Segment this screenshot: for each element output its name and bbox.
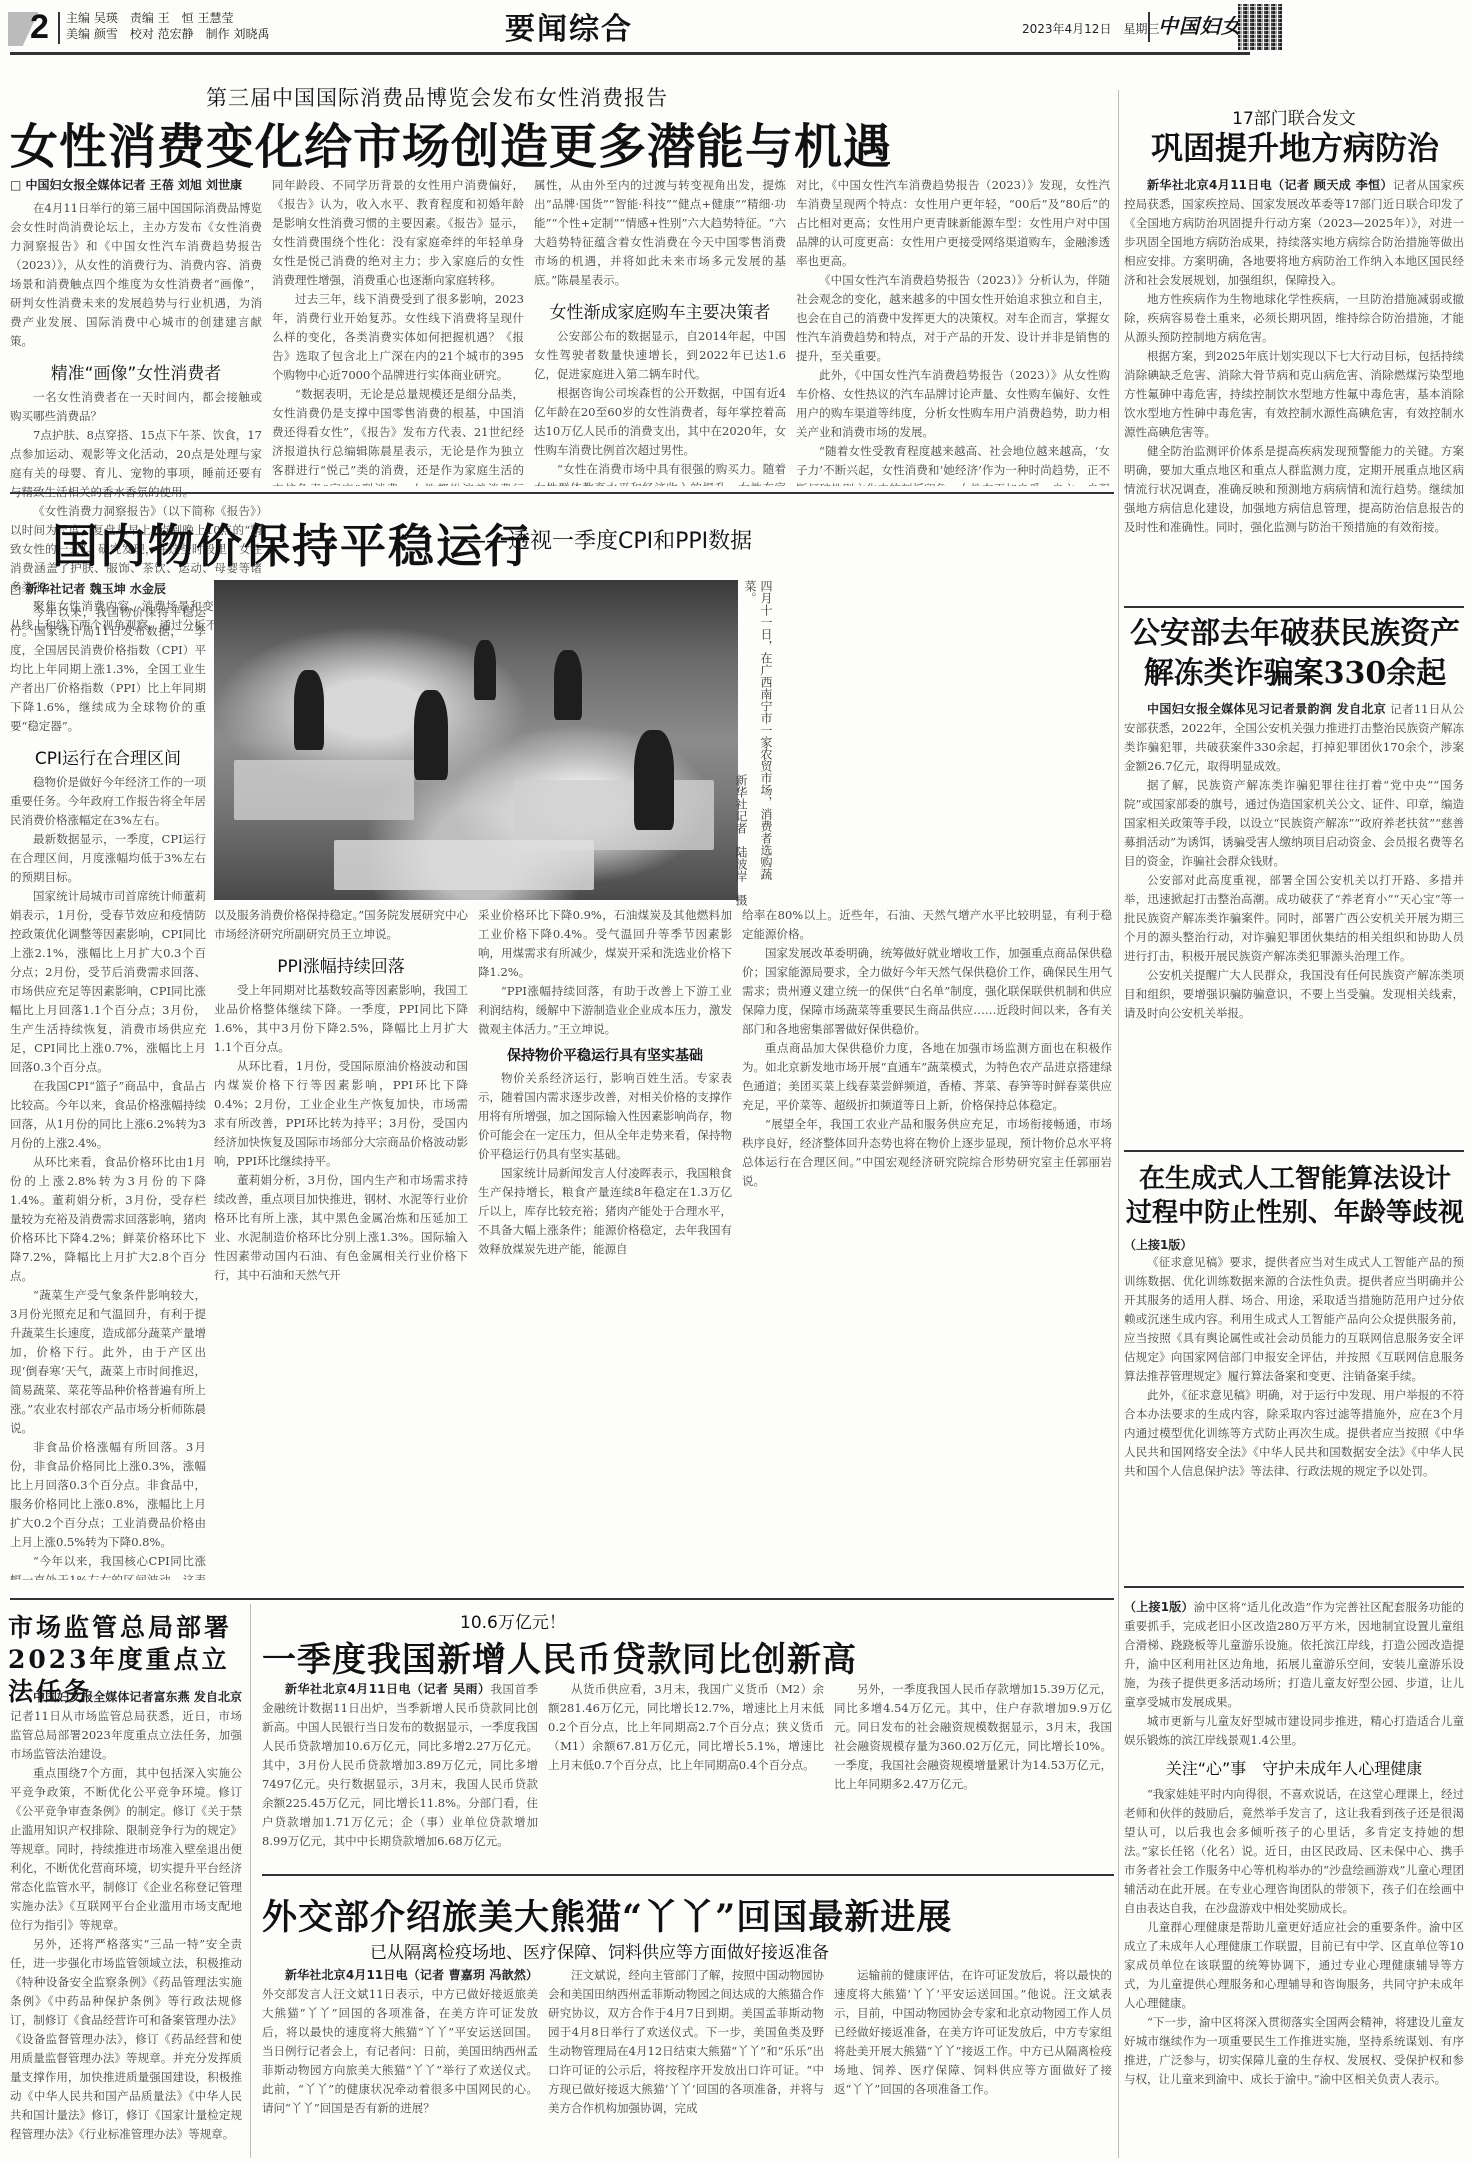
article-body: 中国妇女报全媒体见习记者景韵润 发自北京 记者11日从公安部获悉，2022年，全… (1124, 700, 1464, 1140)
section-divider (10, 492, 1114, 494)
paragraph: 物价关系经济运行，影响百姓生活。专家表示，随着国内需求逐步改善，对相关价格的支撑… (478, 1069, 732, 1164)
article-column: 另外，一季度我国人民币存款增加15.39万亿元，同比多增4.54万亿元。其中，住… (834, 1680, 1112, 1860)
paragraph: “展望全年，我国工农业产品和服务供应充足，市场衔接畅通，市场秩序良好，经济整体回… (742, 1115, 1112, 1191)
masthead: 2 主编 吴瑛 责编 王 恒 王慧莹 美编 颜雪 校对 范宏静 制作 刘晓禹 要… (0, 0, 1472, 56)
paragraph: 最新数据显示，一季度，CPI运行在合理区间，月度涨幅均低于3%左右的预期目标。 (10, 830, 206, 887)
paragraph: 从货币供应看，3月末，我国广义货币（M2）余额281.46万亿元，同比增长12.… (548, 1680, 824, 1775)
paragraph: 健全防治监测评价体系是提高疾病发现预警能力的关键。方案明确，要加大重点地区和重点… (1124, 442, 1464, 537)
headline-line-2: 解冻类诈骗案330余起 (1120, 654, 1470, 694)
paragraph: “今年以来，我国核心CPI同比涨幅一直处于1%左右的区间波动，这表明我国工业消费… (10, 1552, 206, 1580)
page-number: 2 (30, 8, 49, 47)
paragraph: 根据咨询公司埃森哲的公开数据，中国有近4亿年龄在20至60岁的女性消费者，每年掌… (534, 384, 786, 460)
paragraph: “下一步，渝中区将深入贯彻落实全国两会精神，将建设儿童友好城市继续作为一项重要民… (1124, 2013, 1464, 2089)
market-photo[interactable] (214, 580, 738, 900)
headline-line-1: 市场监管总局部署 (8, 1612, 238, 1644)
paragraph: 采业价格环比下降0.9%，石油煤炭及其他燃料加工业价格下降0.4%。受气温回升等… (478, 906, 732, 982)
paragraph: “我家娃娃平时内向得很，不喜欢说话，在这堂心理课上，经过老师和伙伴的鼓励后，竟然… (1124, 1785, 1464, 1918)
masthead-rule (10, 52, 1250, 55)
paragraph: 非食品价格涨幅有所回落。3月份，非食品价格同比上涨0.3%，涨幅比上月回落0.3… (10, 1438, 206, 1552)
paragraph: “女性在消费市场中具有很强的购买力。随着女性群体教育水平和经济收入的提升，女性在… (534, 460, 786, 486)
paragraph: 渝中区将“适儿化改造”作为完善社区配套服务功能的重要抓手，完成老旧小区改造280… (1124, 1600, 1464, 1709)
photo-credit: 新华社记者 陆波岸 摄 (730, 774, 750, 914)
paragraph: 公安部公布的数据显示，自2014年起，中国女性驾驶者数量快速增长，到2022年已… (534, 327, 786, 384)
paragraph: 此外，《中国女性汽车消费趋势报告（2023）》从女性购车价格、女性热议的汽车品牌… (796, 366, 1110, 442)
paragraph: 记者11日从市场监管总局获悉，近日，市场监管总局部署2023年度重点立法任务，加… (10, 1709, 242, 1761)
paragraph: 在我国CPI“篮子”商品中，食品占比较高。今年以来，食品价格涨幅持续回落，从1月… (10, 1077, 206, 1153)
paragraph: 《中国女性汽车消费趋势报告（2023）》分析认为，伴随社会观念的变化，越来越多的… (796, 271, 1110, 366)
paragraph: 一名女性消费者在一天时间内，都会接触或购买哪些消费品？ (10, 388, 262, 426)
article-headline[interactable]: 在生成式人工智能算法设计 过程中防止性别、年龄等歧视 (1120, 1162, 1470, 1230)
article-column: 同年龄段、不同学历背景的女性用户消费偏好，《报告》认为，收入水平、教育程度和初婚… (272, 176, 524, 486)
section-subhead: CPI运行在合理区间 (10, 744, 206, 769)
article-subtitle: ——透视一季度CPI和PPI数据 (464, 524, 752, 555)
article-column: 属性，从由外至内的过渡与转变视角出发，提炼出“品牌·国货”“智能·科技”“健点+… (534, 176, 786, 486)
article-body: （上接1版）渝中区将“适儿化改造”作为完善社区配套服务功能的重要抓手，完成老旧小… (1124, 1598, 1464, 2158)
article-body: 中国妇女报全媒体记者富东燕 发自北京 记者11日从市场监管总局获悉，近日，市场监… (10, 1688, 242, 2158)
article-column: 从货币供应看，3月末，我国广义货币（M2）余额281.46万亿元，同比增长12.… (548, 1680, 824, 1860)
paragraph: 以及服务消费价格保持稳定。”国务院发展研究中心市场经济研究所副研究员王立坤说。 (214, 906, 468, 944)
paragraph: 董莉娟分析，3月份，国内生产和市场需求持续改善，重点项目加快推进，钢材、水泥等行… (214, 1171, 468, 1285)
section-subhead: 保持物价平稳运行具有坚实基础 (478, 1045, 732, 1065)
article-headline[interactable]: 巩固提升地方病防治 (1120, 128, 1470, 168)
dateline: 中国妇女报全媒体见习记者景韵润 发自北京 (1147, 702, 1386, 716)
issue-date: 2023年4月12日 星期三 (1022, 20, 1159, 37)
section-divider (1124, 1586, 1464, 1588)
article-column: 对比，《中国女性汽车消费趋势报告（2023）》发现，女性汽车消费呈现两个特点：女… (796, 176, 1110, 486)
article-kicker: 17部门联合发文 (1124, 104, 1464, 129)
divider (1148, 12, 1150, 42)
paragraph: 公安部对此高度重视，部署全国公安机关以打开路、多措并举，迅速掀起打击整治高潮。成… (1124, 871, 1464, 966)
dateline: 新华社北京4月11日电（记者 吴雨） (285, 1682, 491, 1696)
section-title: 要闻综合 (505, 4, 633, 48)
section-subhead: PPI涨幅持续回落 (214, 952, 468, 977)
headline-line-1: 在生成式人工智能算法设计 (1120, 1162, 1470, 1196)
article-column: 新华社北京4月11日电（记者 曹嘉玥 冯歆然）外交部发言人汪文斌11日表示，中方… (262, 1966, 538, 2158)
paragraph: 国家统计局城市司首席统计师董莉娟表示，1月份，受春节效应和疫情防控政策优化调整等… (10, 887, 206, 1077)
article-headline[interactable]: 公安部去年破获民族资产 解冻类诈骗案330余起 (1120, 614, 1470, 694)
paragraph: 《征求意见稿》要求，提供者应当对生成式人工智能产品的预训练数据、优化训练数据来源… (1124, 1253, 1464, 1386)
staff-line-1: 主编 吴瑛 责编 王 恒 王慧莹 (66, 10, 269, 26)
paragraph: 外交部发言人汪文斌11日表示，中方已做好接返旅美大熊猫“丫丫”回国的各项准备，在… (262, 1987, 538, 2115)
paragraph: 汪文斌说，经向主管部门了解，按照中国动物园协会和美国田纳西州孟菲斯动物园之间达成… (548, 1966, 824, 2118)
byline: □ 新华社记者 魏玉坤 水金辰 (10, 580, 206, 597)
section-subhead: 关注“心”事 守护未成年人心理健康 (1124, 1756, 1464, 1779)
paragraph: 在4月11日举行的第三届中国国际消费品博览会女性时尚消费论坛上，主办方发布《女性… (10, 199, 262, 351)
divider (58, 12, 60, 44)
paragraph: 国家发展改革委明确，统筹做好就业增收工作，加强重点商品保供稳价；国家能源局要求，… (742, 944, 1112, 1039)
paragraph: 儿童群心理健康是帮助儿童更好适应社会的重要条件。渝中区成立了未成年人心理健康工作… (1124, 1918, 1464, 2013)
paragraph: 过去三年，线下消费受到了很多影响，2023年，消费行业开始复苏。女性线下消费将呈… (272, 290, 524, 385)
article-column: 以及服务消费价格保持稳定。”国务院发展研究中心市场经济研究所副研究员王立坤说。 … (214, 906, 468, 1586)
paragraph: 从环比看，1月份，受国际原油价格波动和国内煤炭价格下行等因素影响，PPI环比下降… (214, 1057, 468, 1171)
byline: □ 中国妇女报全媒体记者 王蓓 刘旭 刘世康 (10, 176, 262, 193)
article-headline[interactable]: 一季度我国新增人民币贷款同比创新高 (262, 1632, 857, 1681)
paragraph: “随着女性受教育程度越来越高、社会地位越来越高，‘女子力’不断兴起，女性消费和‘… (796, 442, 1110, 486)
article-column: 新华社北京4月11日电（记者 吴雨）我国首季金融统计数据11日出炉，当季新增人民… (262, 1680, 538, 1860)
article-body: 新华社北京4月11日电（记者 顾天成 李恒）记者从国家疾控局获悉，国家疾控局、国… (1124, 176, 1464, 596)
section-divider (10, 1598, 1114, 1600)
article-column: □ 新华社记者 魏玉坤 水金辰 今年以来，我国物价保持平稳运行。国家统计局11日… (10, 580, 206, 1580)
dateline: 中国妇女报全媒体记者富东燕 发自北京 (33, 1690, 242, 1704)
paragraph: 给率在80%以上。近些年，石油、天然气增产水平比较明显，有利于稳定能源价格。 (742, 906, 1112, 944)
section-divider (1124, 606, 1464, 608)
article-kicker: 10.6万亿元！ (460, 1608, 566, 1633)
paragraph: 此外，《征求意见稿》明确，对于运行中发现、用户举报的不符合本办法要求的生成内容，… (1124, 1386, 1464, 1481)
paragraph: 重点围绕7个方面，其中包括深入实施公平竞争政策，不断优化公平竞争环境。修订《公平… (10, 1764, 242, 1935)
paragraph: 重点商品加大保供稳价力度，各地在加强市场监测方面也在积极作为。如北京新发地市场开… (742, 1039, 1112, 1115)
paragraph: 另外，还将严格落实“三品一特”安全责任，进一步强化市场监管领域立法，积极推动《特… (10, 1935, 242, 2144)
paragraph: 另外，一季度我国人民币存款增加15.39万亿元，同比多增4.54万亿元。其中，住… (834, 1680, 1112, 1794)
section-divider (262, 1874, 1114, 1876)
section-subhead: 精准“画像”女性消费者 (10, 359, 262, 384)
article-subtitle: 已从隔离检疫场地、医疗保障、饲料供应等方面做好接返准备 (370, 1938, 829, 1963)
paragraph: 属性，从由外至内的过渡与转变视角出发，提炼出“品牌·国货”“智能·科技”“健点+… (534, 176, 786, 290)
section-subhead: 女性渐成家庭购车主要决策者 (534, 298, 786, 323)
article-body: （上接1版） 《征求意见稿》要求，提供者应当对生成式人工智能产品的预训练数据、优… (1124, 1236, 1464, 1576)
paragraph: 公安机关提醒广大人民群众，我国没有任何民族资产解冻类项目和组织，要增强识骗防骗意… (1124, 966, 1464, 1023)
paragraph: 地方性疾病作为生物地球化学性疾病，一旦防治措施减弱或撤除，疾病容易卷土重来，必须… (1124, 290, 1464, 347)
paragraph: 7点护肤、8点穿搭、15点下午茶、饮食，17点参加运动、观影等文化活动，20点是… (10, 426, 262, 502)
continued-from-label: （上接1版） (1124, 1236, 1464, 1253)
paragraph: “数据表明，无论是总量规模还是细分品类，女性消费仍是支撑中国零售消费的根基，中国… (272, 385, 524, 486)
paragraph: 对比，《中国女性汽车消费趋势报告（2023）》发现，女性汽车消费呈现两个特点：女… (796, 176, 1110, 271)
headline-line-1: 公安部去年破获民族资产 (1120, 614, 1470, 654)
paragraph: 根据方案，到2025年底计划实现以下七大行动目标，包括持续消除碘缺乏危害、消除大… (1124, 347, 1464, 442)
article-column: 运输前的健康评估，在许可证发放后，将以最快的速度将大熊猫‘丫丫’平安运送回国。”… (834, 1966, 1112, 2158)
continued-from-label: （上接1版） (1124, 1600, 1194, 1614)
article-headline[interactable]: 国内物价保持平稳运行 (52, 510, 532, 576)
paragraph: 受上年同期对比基数较高等因素影响，我国工业品价格整体继续下降。一季度，PPI同比… (214, 981, 468, 1057)
paragraph: 城市更新与儿童友好型城市建设同步推进，精心打造适合儿童娱乐锻炼的滨江岸线景观1.… (1124, 1712, 1464, 1750)
dateline: 新华社北京4月11日电（记者 顾天成 李恒） (1147, 178, 1393, 192)
paragraph: 从环比来看，食品价格环比由1月份的上涨2.8%转为3月份的下降1.4%。董莉娟分… (10, 1153, 206, 1286)
column-divider (250, 1604, 251, 2158)
paragraph: 记者从国家疾控局获悉，国家疾控局、国家发展改革委等17部门近日联合印发了《全国地… (1124, 178, 1464, 287)
paragraph: “蔬菜生产受气象条件影响较大，3月份光照充足和气温回升，有利于提升蔬菜生长速度，… (10, 1286, 206, 1438)
qr-code-icon[interactable] (1238, 4, 1282, 50)
section-divider (1124, 1150, 1464, 1152)
article-column: 给率在80%以上。近些年，石油、天然气增产水平比较明显，有利于稳定能源价格。 国… (742, 906, 1112, 1586)
article-headline[interactable]: 外交部介绍旅美大熊猫“丫丫”回国最新进展 (262, 1890, 952, 1940)
staff-line-2: 美编 颜雪 校对 范宏静 制作 刘晓禹 (66, 26, 269, 42)
article-headline[interactable]: 女性消费变化给市场创造更多潜能与机遇 (10, 108, 892, 177)
paragraph: 同年龄段、不同学历背景的女性用户消费偏好，《报告》认为，收入水平、教育程度和初婚… (272, 176, 524, 290)
dateline: 新华社北京4月11日电（记者 曹嘉玥 冯歆然） (285, 1968, 538, 1982)
paragraph: 我国首季金融统计数据11日出炉，当季新增人民币贷款同比创新高。中国人民银行当日发… (262, 1682, 538, 1848)
paragraph: 稳物价是做好今年经济工作的一项重要任务。今年政府工作报告将全年居民消费价格涨幅定… (10, 773, 206, 830)
paragraph: 运输前的健康评估，在许可证发放后，将以最快的速度将大熊猫‘丫丫’平安运送回国。”… (834, 1966, 1112, 2099)
staff-credits: 主编 吴瑛 责编 王 恒 王慧莹 美编 颜雪 校对 范宏静 制作 刘晓禹 (66, 10, 269, 42)
paragraph: 今年以来，我国物价保持平稳运行。国家统计局11日发布数据，一季度，全国居民消费价… (10, 603, 206, 736)
headline-line-2: 过程中防止性别、年龄等歧视 (1120, 1196, 1470, 1230)
paragraph: 据了解，民族资产解冻类诈骗犯罪往往打着“党中央”“国务院”或国家部委的旗号，通过… (1124, 776, 1464, 871)
article-column: 汪文斌说，经向主管部门了解，按照中国动物园协会和美国田纳西州孟菲斯动物园之间达成… (548, 1966, 824, 2158)
article-column: 采业价格环比下降0.9%，石油煤炭及其他燃料加工业价格下降0.4%。受气温回升等… (478, 906, 732, 1586)
paragraph: “PPI涨幅持续回落，有助于改善上下游工业利润结构，缓解中下游制造业企业成本压力… (478, 982, 732, 1039)
paragraph: 国家统计局新闻发言人付凌晖表示，我国粮食生产保持增长，粮食产量连续8年稳定在1.… (478, 1164, 732, 1259)
column-divider (1118, 90, 1119, 2158)
